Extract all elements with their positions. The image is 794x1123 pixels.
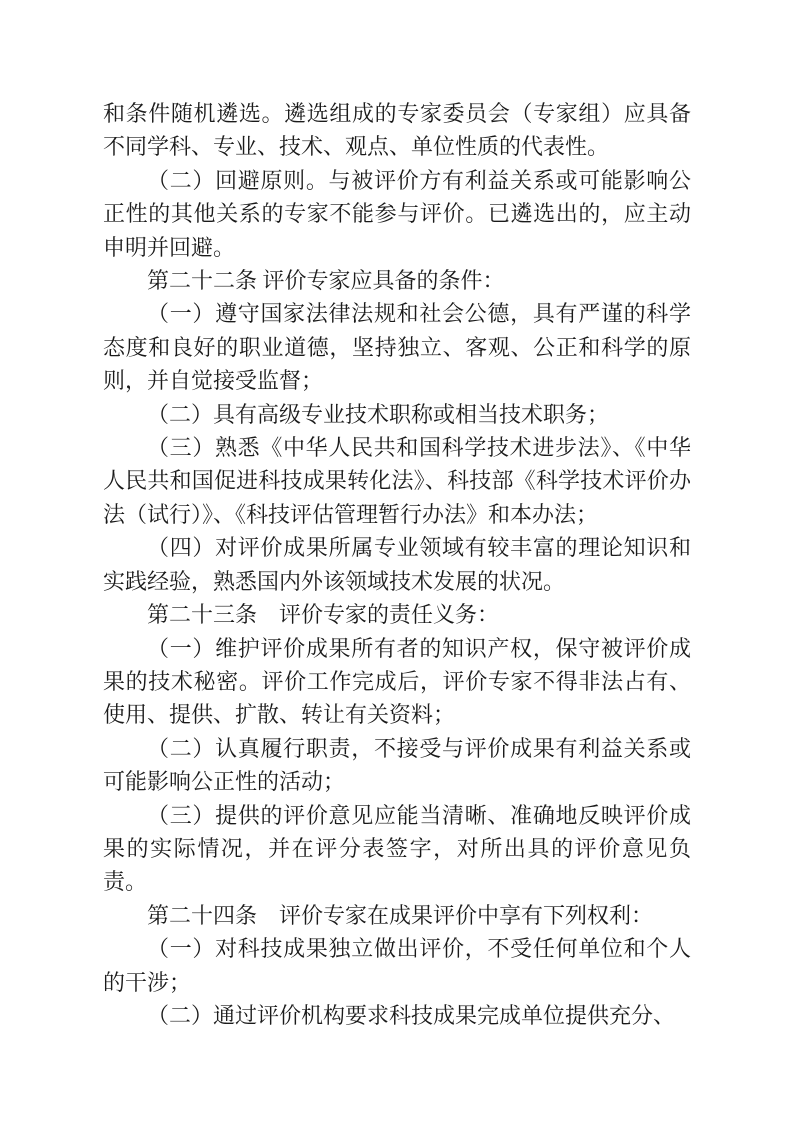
paragraph: （四）对评价成果所属专业领域有较丰富的理论知识和实践经验，熟悉国内外该领域技术发…: [103, 531, 691, 598]
paragraph: （一）维护评价成果所有者的知识产权，保守被评价成果的技术秘密。评价工作完成后，评…: [103, 632, 691, 732]
paragraph: 第二十二条 评价专家应具备的条件：: [103, 264, 691, 297]
paragraph: （三）提供的评价意见应能当清晰、准确地反映评价成果的实际情况，并在评分表签字，对…: [103, 799, 691, 899]
paragraph: （二）认真履行职责，不接受与评价成果有利益关系或可能影响公正性的活动；: [103, 732, 691, 799]
paragraph: （二）回避原则。与被评价方有利益关系或可能影响公正性的其他关系的专家不能参与评价…: [103, 164, 691, 264]
paragraph: （一）遵守国家法律法规和社会公德，具有严谨的科学态度和良好的职业道德，坚持独立、…: [103, 297, 691, 397]
paragraph: （三）熟悉《中华人民共和国科学技术进步法》、《中华人民共和国促进科技成果转化法》…: [103, 431, 691, 531]
paragraph: （一）对科技成果独立做出评价，不受任何单位和个人的干涉；: [103, 932, 691, 999]
paragraph: 和条件随机遴选。遴选组成的专家委员会（专家组）应具备不同学科、专业、技术、观点、…: [103, 97, 691, 164]
paragraph: 第二十四条 评价专家在成果评价中享有下列权利：: [103, 899, 691, 932]
paragraph: （二）具有高级专业技术职称或相当技术职务；: [103, 398, 691, 431]
document-page: 和条件随机遴选。遴选组成的专家委员会（专家组）应具备不同学科、专业、技术、观点、…: [0, 0, 794, 1123]
paragraph: 第二十三条 评价专家的责任义务：: [103, 598, 691, 631]
paragraph: （二）通过评价机构要求科技成果完成单位提供充分、: [103, 999, 691, 1032]
document-body: 和条件随机遴选。遴选组成的专家委员会（专家组）应具备不同学科、专业、技术、观点、…: [103, 97, 691, 1032]
